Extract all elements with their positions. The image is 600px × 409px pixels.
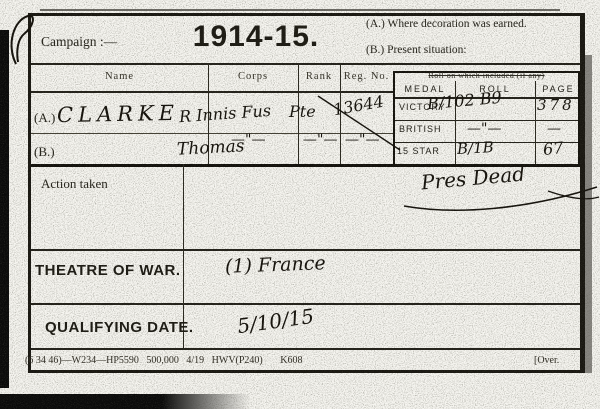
rule-between-rows	[31, 133, 393, 134]
qualifying-date-label: QUALIFYING DATE.	[45, 319, 194, 336]
note-b-present-situation: (B.) Present situation:	[366, 44, 467, 56]
regno-ditto-mark: —"—	[345, 132, 379, 148]
star-medal-label: 15 STAR	[397, 146, 440, 156]
british-page-ditto: —	[547, 121, 561, 137]
rank-ditto-mark: —"—	[303, 132, 337, 148]
row-a-label: (A.)	[34, 110, 55, 126]
british-medal-label: BRITISH	[399, 124, 442, 134]
rule-under-title-row	[31, 63, 580, 65]
note-a-where-decoration-earned: (A.) Where decoration was earned.	[366, 18, 527, 30]
star-roll-value: B/1B	[457, 138, 495, 158]
column-header-corps: Corps	[208, 71, 298, 82]
card-title: 1914-15.	[151, 20, 361, 54]
medal-roll-caption: Roll on which included (if any)	[395, 71, 578, 80]
campaign-label: Campaign :—	[41, 34, 117, 50]
column-header-rank: Rank	[298, 71, 340, 82]
theatre-of-war-label: THEATRE OF WAR.	[35, 262, 181, 279]
qualifying-date-value: 5/10/15	[236, 304, 316, 338]
page-column-header: PAGE	[535, 84, 582, 94]
rule-below-action	[31, 249, 580, 251]
victory-page-value: 378	[537, 96, 575, 114]
scan-edge-bottom	[0, 394, 250, 409]
corps-value: R Innis Fus	[178, 101, 271, 126]
row-b-label: (B.)	[34, 144, 55, 160]
action-taken-label: Action taken	[41, 176, 108, 192]
index-card: Campaign :— 1914-15. (A.) Where decorati…	[28, 13, 585, 373]
theatre-of-war-value: (1) France	[225, 252, 326, 278]
surname-value: CLARKE	[57, 101, 179, 127]
print-code-imprint: (6 34 46)—W234—HP5590 500,000 4/19 HWV(P…	[25, 355, 303, 366]
forename-value: Thomas	[177, 136, 245, 160]
scan-edge-left	[0, 30, 9, 388]
column-header-regno: Reg. No.	[340, 71, 393, 82]
medal-index-card-scan: Campaign :— 1914-15. (A.) Where decorati…	[0, 0, 600, 409]
british-roll-ditto: —"—	[467, 121, 501, 137]
column-header-name: Name	[31, 71, 208, 82]
rule-under-column-headers	[31, 91, 393, 93]
scan-edge-right	[584, 55, 592, 373]
medal-roll-table: Roll on which included (if any) MEDAL RO…	[393, 71, 580, 166]
rule-below-qualifying	[31, 348, 580, 350]
over-note: [Over.	[534, 355, 559, 366]
rank-value: Pte	[289, 102, 316, 121]
star-page-value: 67	[542, 138, 564, 159]
card-top-double-rule	[40, 9, 560, 11]
